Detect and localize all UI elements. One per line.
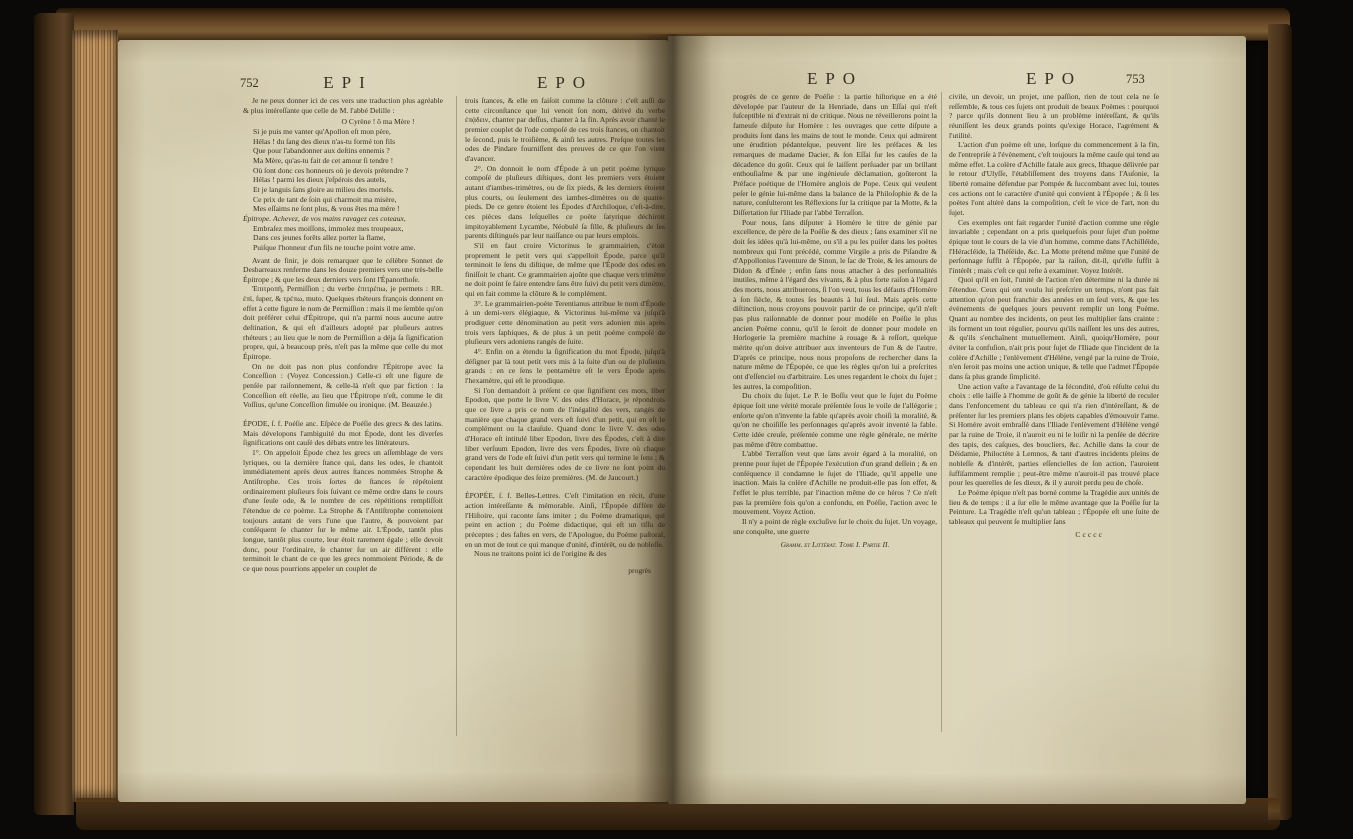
verse-line: Ma Mère, qu'as-tu fait de cet amour ſi t… bbox=[253, 156, 443, 166]
paragraph: civile, un devoir, un projet, une paſſio… bbox=[949, 92, 1159, 140]
verse-line: Hélas ! parmi les dieux j'eſpérois des a… bbox=[253, 175, 443, 185]
verse-block: O Cyrène ! ô ma Mère !Si je puis me vant… bbox=[253, 117, 443, 252]
paragraph: Ces exemples ont fait regarder l'unité d… bbox=[949, 218, 1159, 276]
paragraph: S'il en faut croire Victorinus le gramma… bbox=[465, 241, 665, 299]
paragraph: Il n'y a point de règle excluſive ſur le… bbox=[733, 517, 937, 536]
paragraph: Si l'on demandoit à préſent ce que ſigni… bbox=[465, 386, 665, 483]
text-column: civile, un devoir, un projet, une paſſio… bbox=[949, 92, 1159, 760]
column-rule bbox=[456, 96, 457, 736]
verse-line: Dans ces jeunes forêts allez porter la f… bbox=[253, 233, 443, 243]
paragraph: Le Poème épique n'eſt pas borné comme la… bbox=[949, 488, 1159, 527]
paragraph: Ἐπιτροπὴ, Permiſſion ; du verbe ἐπιτρέπω… bbox=[243, 284, 443, 361]
entry-paragraph: ÉPOPÉE, ſ. f. Belles-Lettres. C'eſt l'im… bbox=[465, 491, 665, 549]
column-rule bbox=[941, 92, 942, 732]
running-title-epo-left: EPO bbox=[733, 69, 937, 89]
verse-line: Ce prix de tant de ſoin qui charmoit ma … bbox=[253, 195, 443, 205]
signature-mark: Ccccc bbox=[949, 530, 1159, 540]
verse-line: Hélas ! du ſang des dieux n'as-tu formé … bbox=[253, 137, 443, 147]
paragraph: Je ne peux donner ici de ces vers une tr… bbox=[243, 96, 443, 115]
paragraph: progrès de ce genre de Poéſie : la parti… bbox=[733, 92, 937, 218]
left-page-block-edges bbox=[72, 30, 118, 802]
text-column: trois ſtances, & elle en faiſoit comme l… bbox=[465, 96, 665, 764]
entry-paragraph: ÉPODE, ſ. f. Poéſie anc. Eſpèce de Poéſi… bbox=[243, 419, 443, 448]
paragraph: 2°. On donnoit le nom d'Épode à un petit… bbox=[465, 164, 665, 241]
verse-line: Et je languis ſans gloire au milieu des … bbox=[253, 185, 443, 195]
verse-line: Que pour l'abandonner aux deſtins ennemi… bbox=[253, 146, 443, 156]
paragraph: Quoi qu'il en ſoit, l'unité de l'action … bbox=[949, 275, 1159, 381]
page-number-right: 753 bbox=[1126, 72, 1145, 87]
page-right: EPO EPO 753 progrès de ce genre de Poéſi… bbox=[668, 36, 1246, 804]
paragraph: Avant de finir, je dois remarquer que le… bbox=[243, 256, 443, 285]
verse-line: Embraſez mes moiſſons, immolez mes troup… bbox=[253, 224, 443, 234]
paragraph: trois ſtances, & elle en faiſoit comme l… bbox=[465, 96, 665, 164]
text-column: progrès de ce genre de Poéſie : la parti… bbox=[733, 92, 937, 760]
paragraph: Pour nous, ſans diſputer à Homère le tit… bbox=[733, 218, 937, 392]
volume-footer: Gramm. et Littérat. Tome I. Partie II. bbox=[733, 540, 937, 550]
book-left-cover-edge bbox=[34, 13, 74, 815]
running-title-epo: EPO bbox=[465, 73, 665, 93]
paragraph: 3°. Le grammairien-poète Terentianus att… bbox=[465, 299, 665, 347]
paragraph: Du choix du ſujet. Le P. le Boſſu veut q… bbox=[733, 391, 937, 449]
verse-line: Puiſque l'honneur d'un fils ne touche po… bbox=[253, 243, 443, 253]
verse-line: Mes eſſaims ne ſont plus, & vous êtes ma… bbox=[253, 204, 443, 214]
verse-line: O Cyrène ! ô ma Mère ! bbox=[313, 117, 443, 127]
verse-line: Si je puis me vanter qu'Apollon eſt mon … bbox=[253, 127, 443, 137]
verse-line: Épitrope. Achevez, de vos mains ravagez … bbox=[243, 214, 443, 224]
paragraph: L'action d'un poème eſt une, lorſque du … bbox=[949, 140, 1159, 217]
paragraph: L'abbé Terraſſon veut que ſans avoir éga… bbox=[733, 449, 937, 517]
photo-background: 752 EPI EPO Je ne peux donner ici de ces… bbox=[0, 0, 1353, 839]
paragraph: 4°. Enfin on a étendu la ſignification d… bbox=[465, 347, 665, 386]
paragraph: 1°. On appeloit Épode chez les grecs un … bbox=[243, 448, 443, 574]
text-column: Je ne peux donner ici de ces vers une tr… bbox=[243, 96, 443, 764]
running-title-epi: EPI bbox=[243, 73, 453, 93]
paragraph: Une action vaſte a l'avantage de la féco… bbox=[949, 382, 1159, 488]
paragraph: Nous ne traitons point ici de l'origine … bbox=[465, 549, 665, 559]
verse-line: Où ſont donc ces honneurs où je devois p… bbox=[253, 166, 443, 176]
catchword: progrès bbox=[465, 566, 665, 576]
page-left: 752 EPI EPO Je ne peux donner ici de ces… bbox=[118, 40, 668, 802]
paragraph: On ne doit pas non plus confondre l'Épit… bbox=[243, 362, 443, 410]
book-right-cover-edge bbox=[1268, 24, 1292, 820]
